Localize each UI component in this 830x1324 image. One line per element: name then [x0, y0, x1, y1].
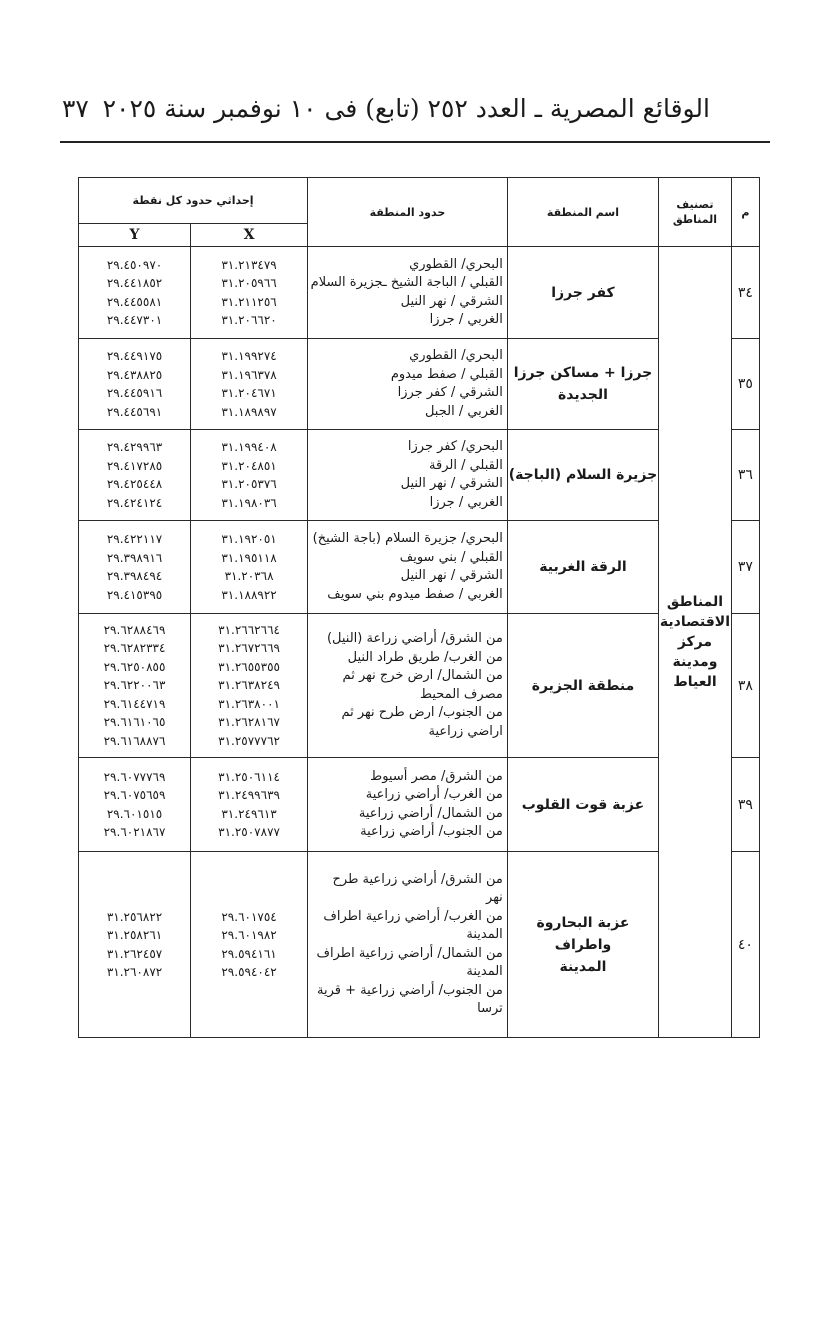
table-row: ٣٨منطقة الجزيرةمن الشرق/ أراضي زراعة (ال…: [79, 614, 760, 758]
x-value: ٣١.١٩٩٤٠٨: [191, 438, 307, 457]
classification-line: مركز: [659, 632, 731, 652]
y-value: ٢٩.٤١٧٢٨٥: [79, 457, 190, 476]
zone-name: منطقة الجزيرة: [507, 614, 658, 758]
x-value: ٣١.٢٦٣٨٠٠١: [191, 695, 307, 714]
x-value: ٣١.٢٠٤٨٥١: [191, 457, 307, 476]
x-value: ٢٩.٦٠١٩٨٢: [191, 926, 307, 945]
x-value: ٣١.٢٠٥٩٦٦: [191, 274, 307, 293]
classification-line: الاقتصادية: [659, 612, 731, 632]
y-value: ٢٩.٤٤٩١٧٥: [79, 347, 190, 366]
bound-line: البحري/ القطوري: [314, 347, 503, 366]
y-coords: ٢٩.٦٠٧٧٧٦٩٢٩.٦٠٧٥٦٥٩٢٩.٦٠١٥١٥٢٩.٦٠٢١٨٦٧: [79, 758, 191, 852]
bound-line: من الجنوب/ أراضي زراعية: [314, 823, 503, 842]
bound-line: القبلي / الرقة: [314, 457, 503, 476]
x-value: ٣١.٢٠٥٣٧٦: [191, 475, 307, 494]
row-number: ٣٧: [731, 521, 759, 614]
x-value: ٢٩.٥٩٤٠٤٢: [191, 963, 307, 982]
bound-line: من الشرق/ أراضي زراعية طرح: [314, 871, 503, 890]
row-number: ٣٩: [731, 758, 759, 852]
x-value: ٣١.٢٦٦٢٦٦٤: [191, 621, 307, 640]
page-header: الوقائع المصرية ـ العدد ٢٥٢ (تابع) فى ١٠…: [60, 88, 710, 128]
bound-line: الغربي / جرزا: [314, 494, 503, 513]
x-value: ٣١.٢٠٤٦٧١: [191, 384, 307, 403]
row-number: ٣٥: [731, 339, 759, 430]
bound-line: القبلي / صفط ميدوم: [314, 366, 503, 385]
bound-line: الغربي / الجبل: [314, 403, 503, 422]
zone-name-line: منطقة الجزيرة: [508, 675, 658, 697]
zone-bounds: من الشرق/ مصر أسيوطمن الغرب/ أراضي زراعي…: [308, 758, 508, 852]
y-value: ٢٩.٦٢٨٢٣٣٤: [79, 639, 190, 658]
y-value: ٣١.٢٦٠٨٧٢: [79, 963, 190, 982]
y-value: ٢٩.٣٩٨٩١٦: [79, 549, 190, 568]
table-row: ٣٥جرزا + مساكن جرزاالجديدةالبحري/ القطور…: [79, 339, 760, 430]
zone-bounds: من الشرق/ أراضي زراعية طرحنهرمن الغرب/ أ…: [308, 852, 508, 1038]
x-value: ٣١.١٩٨٠٣٦: [191, 494, 307, 513]
x-value: ٣١.٢٠٦٦٢٠: [191, 311, 307, 330]
y-value: ٣١.٢٥٦٨٢٢: [79, 908, 190, 927]
bound-line: الشرقي / كفر جرزا: [314, 384, 503, 403]
col-header-zone-bounds: حدود المنطقة: [308, 178, 508, 247]
x-value: ٣١.٢٠٣٦٨: [191, 567, 307, 586]
gazette-title: الوقائع المصرية ـ العدد ٢٥٢ (تابع) فى ١٠…: [103, 94, 710, 123]
col-header-y: Y: [79, 224, 191, 247]
zone-bounds: من الشرق/ أراضي زراعة (النيل)من الغرب/ ط…: [308, 614, 508, 758]
y-value: ٢٩.٦١٦١٠٦٥: [79, 713, 190, 732]
y-value: ٢٩.٤٤٥٥٨١: [79, 293, 190, 312]
table-row: ٤٠عزبة البحاروة واطرافالمدينةمن الشرق/ أ…: [79, 852, 760, 1038]
bound-line: من الشرق/ أراضي زراعة (النيل): [314, 630, 503, 649]
y-value: ٢٩.٦١٦٨٨٧٦: [79, 732, 190, 751]
zone-bounds: البحري/ القطوريالقبلي / صفط ميدومالشرقي …: [308, 339, 508, 430]
bound-line: من الشمال/ أراضي زراعية: [314, 805, 503, 824]
y-coords: ٢٩.٤٢٢١١٧٢٩.٣٩٨٩١٦٢٩.٣٩٨٤٩٤٢٩.٤١٥٣٩٥: [79, 521, 191, 614]
zone-name-line: جرزا + مساكن جرزا: [508, 362, 658, 384]
page-number: ٣٧: [62, 94, 89, 123]
classification-line: العياط: [659, 672, 731, 692]
header-rule: [60, 141, 770, 143]
bound-line: البحري/ القطوري: [314, 256, 503, 275]
zone-name-line: عزبة قوت القلوب: [508, 794, 658, 816]
y-coords: ٢٩.٦٢٨٨٤٦٩٢٩.٦٢٨٢٣٣٤٢٩.٦٢٥٠٨٥٥٢٩.٦٢٢٠٠٦٣…: [79, 614, 191, 758]
y-value: ٢٩.٤٣٨٨٢٥: [79, 366, 190, 385]
y-value: ٢٩.٦٠١٥١٥: [79, 805, 190, 824]
table-body: ٣٤المناطقالاقتصاديةمركزومدينةالعياطكفر ج…: [79, 247, 760, 1038]
col-header-x: X: [191, 224, 308, 247]
row-number: ٤٠: [731, 852, 759, 1038]
x-coords: ٣١.٢٦٦٢٦٦٤٣١.٢٦٧٢٦٦٩٣١.٢٦٥٥٣٥٥٣١.٢٦٣٨٢٤٩…: [191, 614, 308, 758]
x-value: ٣١.١٩٥١١٨: [191, 549, 307, 568]
x-coords: ٣١.٢٥٠٦١١٤٣١.٢٤٩٩٦٣٩٣١.٢٤٩٦١٣٣١.٢٥٠٧٨٧٧: [191, 758, 308, 852]
bound-line: الغربي / صفط ميدوم بني سويف: [314, 586, 503, 605]
bound-line: القبلي / بني سويف: [314, 549, 503, 568]
x-value: ٣١.٢٤٩٦١٣: [191, 805, 307, 824]
y-coords: ٢٩.٤٥٠٩٧٠٢٩.٤٤١٨٥٢٢٩.٤٤٥٥٨١٢٩.٤٤٧٣٠١: [79, 247, 191, 339]
x-value: ٢٩.٦٠١٧٥٤: [191, 908, 307, 927]
y-value: ٢٩.٦٠٧٥٦٥٩: [79, 786, 190, 805]
bound-line: البحري/ جزيرة السلام (باجة الشيخ): [314, 530, 503, 549]
y-value: ٢٩.٤٥٠٩٧٠: [79, 256, 190, 275]
y-value: ٢٩.٤٢٩٩٦٣: [79, 438, 190, 457]
y-value: ٢٩.٤٤٥٦٩١: [79, 403, 190, 422]
y-value: ٢٩.٦٠٧٧٧٦٩: [79, 768, 190, 787]
bound-line: من الغرب/ أراضي زراعية اطراف: [314, 908, 503, 927]
zone-name-line: الجديدة: [508, 384, 658, 406]
y-coords: ٢٩.٤٤٩١٧٥٢٩.٤٣٨٨٢٥٢٩.٤٤٥٩١٦٢٩.٤٤٥٦٩١: [79, 339, 191, 430]
y-value: ٢٩.٦٢٨٨٤٦٩: [79, 621, 190, 640]
x-coords: ٢٩.٦٠١٧٥٤٢٩.٦٠١٩٨٢٢٩.٥٩٤١٦١٢٩.٥٩٤٠٤٢: [191, 852, 308, 1038]
zone-classification: المناطقالاقتصاديةمركزومدينةالعياط: [659, 247, 732, 1038]
x-coords: ٣١.١٩٢٠٥١٣١.١٩٥١١٨٣١.٢٠٣٦٨٣١.١٨٨٩٢٢: [191, 521, 308, 614]
y-value: ٢٩.٤٢٢١١٧: [79, 530, 190, 549]
bound-line: مصرف المحيط: [314, 686, 503, 705]
bound-line: نهر: [314, 889, 503, 908]
zone-name-line: المدينة: [508, 956, 658, 978]
y-value: ٢٩.٦٢٢٠٠٦٣: [79, 676, 190, 695]
zone-bounds: البحري/ كفر جرزاالقبلي / الرقةالشرقي / ن…: [308, 430, 508, 521]
zone-name: جرزا + مساكن جرزاالجديدة: [507, 339, 658, 430]
row-number: ٣٤: [731, 247, 759, 339]
x-value: ٣١.٢٦٥٥٣٥٥: [191, 658, 307, 677]
bound-line: من الغرب/ أراضي زراعية: [314, 786, 503, 805]
bound-line: من الجنوب/ أراضي زراعية + قرية: [314, 982, 503, 1001]
bound-line: من الغرب/ طريق طراد النيل: [314, 649, 503, 668]
y-coords: ٣١.٢٥٦٨٢٢٣١.٢٥٨٢٦١٣١.٢٦٢٤٥٧٣١.٢٦٠٨٧٢: [79, 852, 191, 1038]
x-coords: ٣١.١٩٩٢٧٤٣١.١٩٦٣٧٨٣١.٢٠٤٦٧١٣١.١٨٩٨٩٧: [191, 339, 308, 430]
bound-line: من الشمال/ أراضي زراعية اطراف: [314, 945, 503, 964]
x-value: ٣١.٢١٣٤٧٩: [191, 256, 307, 275]
x-value: ٣١.٢٦٢٨١٦٧: [191, 713, 307, 732]
y-value: ٣١.٢٥٨٢٦١: [79, 926, 190, 945]
x-value: ٣١.٢٦٣٨٢٤٩: [191, 676, 307, 695]
bound-line: البحري/ كفر جرزا: [314, 438, 503, 457]
x-value: ٣١.٢٥٧٧٧٦٢: [191, 732, 307, 751]
zone-name-line: كفر جرزا: [508, 282, 658, 304]
y-value: ٣١.٢٦٢٤٥٧: [79, 945, 190, 964]
col-header-num: م: [731, 178, 759, 247]
y-value: ٢٩.٤٤٥٩١٦: [79, 384, 190, 403]
x-value: ٣١.٢٥٠٧٨٧٧: [191, 823, 307, 842]
bound-line: الشرقي / نهر النيل: [314, 475, 503, 494]
bound-line: القبلي / الباجة الشيخ ـجزيرة السلام: [314, 274, 503, 293]
y-value: ٢٩.٤٤٧٣٠١: [79, 311, 190, 330]
x-coords: ٣١.٢١٣٤٧٩٣١.٢٠٥٩٦٦٣١.٢١١٢٥٦٣١.٢٠٦٦٢٠: [191, 247, 308, 339]
zone-name: الرقة الغربية: [507, 521, 658, 614]
bound-line: الشرقي / نهر النيل: [314, 567, 503, 586]
zone-name-line: عزبة البحاروة واطراف: [508, 912, 658, 956]
x-value: ٣١.١٩٩٢٧٤: [191, 347, 307, 366]
y-value: ٢٩.٤٤١٨٥٢: [79, 274, 190, 293]
zone-name: عزبة البحاروة واطرافالمدينة: [507, 852, 658, 1038]
y-coords: ٢٩.٤٢٩٩٦٣٢٩.٤١٧٢٨٥٢٩.٤٢٥٤٤٨٢٩.٤٢٤١٢٤: [79, 430, 191, 521]
table-row: ٣٦جزيرة السلام (الباجة)البحري/ كفر جرزاا…: [79, 430, 760, 521]
zone-bounds: البحري/ جزيرة السلام (باجة الشيخ)القبلي …: [308, 521, 508, 614]
y-value: ٢٩.٦٢٥٠٨٥٥: [79, 658, 190, 677]
x-value: ٣١.١٩٦٣٧٨: [191, 366, 307, 385]
col-header-zone-name: اسم المنطقة: [507, 178, 658, 247]
x-value: ٣١.١٨٨٩٢٢: [191, 586, 307, 605]
x-coords: ٣١.١٩٩٤٠٨٣١.٢٠٤٨٥١٣١.٢٠٥٣٧٦٣١.١٩٨٠٣٦: [191, 430, 308, 521]
zone-name: جزيرة السلام (الباجة): [507, 430, 658, 521]
bound-line: من الجنوب/ ارض طرح نهر ثم: [314, 704, 503, 723]
col-header-coords: إحداثي حدود كل نقطة: [79, 178, 308, 224]
x-value: ٣١.١٨٩٨٩٧: [191, 403, 307, 422]
classification-line: المناطق: [659, 592, 731, 612]
x-value: ٣١.٢٦٧٢٦٦٩: [191, 639, 307, 658]
bound-line: من الشرق/ مصر أسيوط: [314, 768, 503, 787]
bound-line: ترسا: [314, 1000, 503, 1019]
y-value: ٢٩.٤٢٤١٢٤: [79, 494, 190, 513]
zone-name: كفر جرزا: [507, 247, 658, 339]
y-value: ٢٩.٤٢٥٤٤٨: [79, 475, 190, 494]
zone-bounds: البحري/ القطوريالقبلي / الباجة الشيخ ـجز…: [308, 247, 508, 339]
zone-name-line: جزيرة السلام (الباجة): [508, 464, 658, 486]
x-value: ٢٩.٥٩٤١٦١: [191, 945, 307, 964]
zone-name-line: الرقة الغربية: [508, 556, 658, 578]
classification-line: ومدينة: [659, 652, 731, 672]
economic-zones-table: م تصنيف المناطق اسم المنطقة حدود المنطقة…: [78, 177, 760, 1038]
bound-line: الشرقي / نهر النيل: [314, 293, 503, 312]
bound-line: المدينة: [314, 926, 503, 945]
bound-line: من الشمال/ ارض خرج نهر ثم: [314, 667, 503, 686]
table-row: ٣٧الرقة الغربيةالبحري/ جزيرة السلام (باج…: [79, 521, 760, 614]
x-value: ٣١.١٩٢٠٥١: [191, 530, 307, 549]
y-value: ٢٩.٦٠٢١٨٦٧: [79, 823, 190, 842]
col-header-classification: تصنيف المناطق: [659, 178, 732, 247]
zone-name: عزبة قوت القلوب: [507, 758, 658, 852]
x-value: ٣١.٢٤٩٩٦٣٩: [191, 786, 307, 805]
table-row: ٣٤المناطقالاقتصاديةمركزومدينةالعياطكفر ج…: [79, 247, 760, 339]
y-value: ٢٩.٤١٥٣٩٥: [79, 586, 190, 605]
table-row: ٣٩عزبة قوت القلوبمن الشرق/ مصر أسيوطمن ا…: [79, 758, 760, 852]
x-value: ٣١.٢١١٢٥٦: [191, 293, 307, 312]
bound-line: المدينة: [314, 963, 503, 982]
bound-line: اراضي زراعية: [314, 723, 503, 742]
row-number: ٣٦: [731, 430, 759, 521]
row-number: ٣٨: [731, 614, 759, 758]
y-value: ٢٩.٦١٤٤٧١٩: [79, 695, 190, 714]
y-value: ٢٩.٣٩٨٤٩٤: [79, 567, 190, 586]
bound-line: الغربي / جرزا: [314, 311, 503, 330]
x-value: ٣١.٢٥٠٦١١٤: [191, 768, 307, 787]
